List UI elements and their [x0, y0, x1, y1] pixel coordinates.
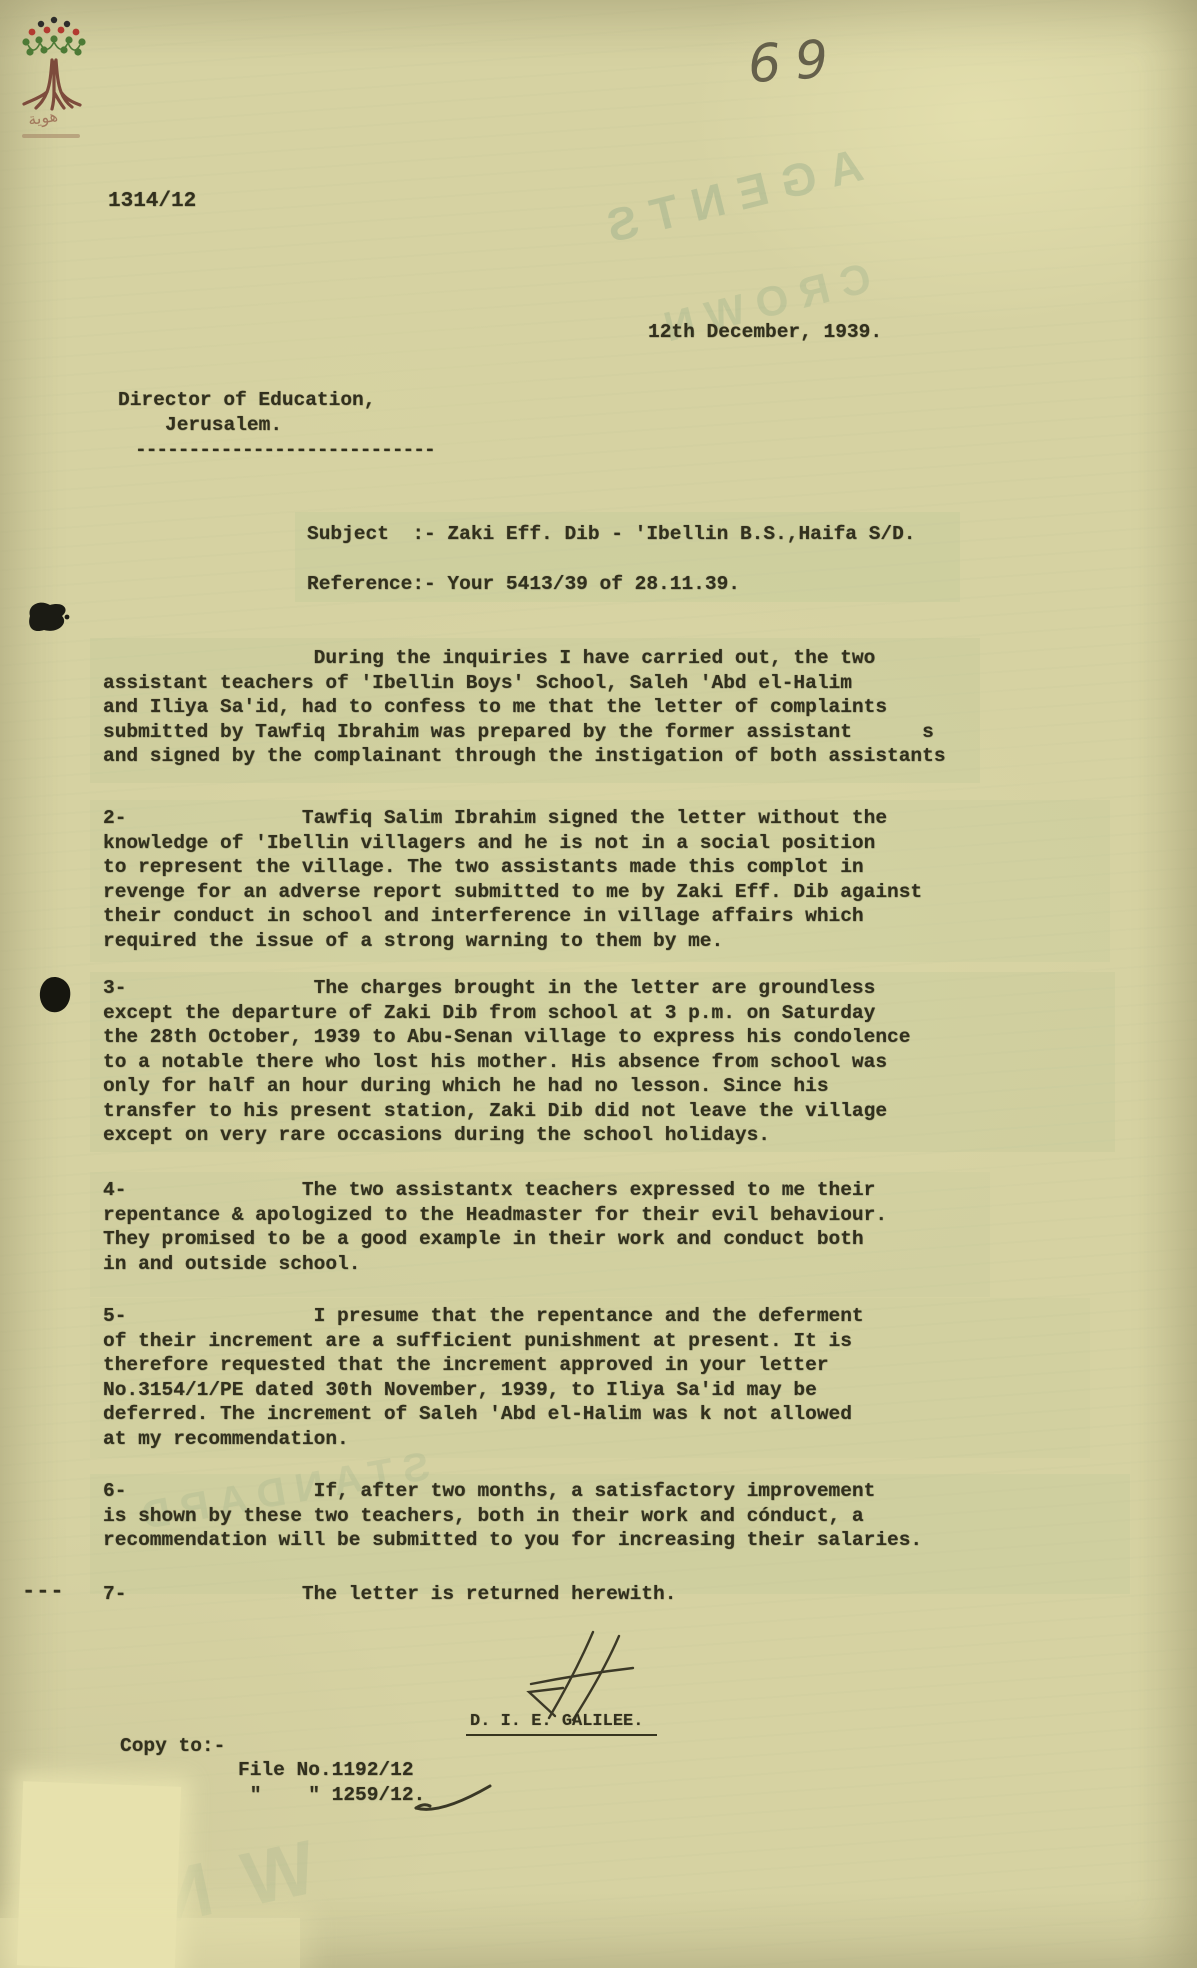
signature-name: D. I. E. GALILEE. — [466, 1712, 657, 1736]
pencil-page-number: 69 — [746, 29, 844, 95]
margin-dashes: --- — [22, 1580, 65, 1605]
subject-line: Subject :- Zaki Eff. Dib - 'Ibellin B.S.… — [307, 522, 916, 547]
tree-logo-icon — [14, 12, 94, 112]
canopy-dots — [22, 17, 85, 56]
checkmark-stroke — [412, 1778, 497, 1821]
logo-arabic-word: هوية — [27, 106, 59, 129]
ink-blob-bottom — [34, 972, 74, 1021]
paragraph-6: 6- If, after two months, a satisfactory … — [103, 1479, 922, 1553]
addressee-line2: Jerusalem. — [165, 413, 282, 438]
addressee-line1: Director of Education, — [118, 388, 375, 413]
archive-logo: هوية — [14, 12, 104, 142]
paragraph-2: 2- Tawfiq Salim Ibrahim signed the lette… — [103, 806, 922, 953]
paragraph-3: 3- The charges brought in the letter are… — [103, 976, 910, 1148]
letter-date: 12th December, 1939. — [648, 320, 882, 345]
logo-caption-bar — [22, 134, 80, 138]
reference-line: Reference:- Your 5413/39 of 28.11.39. — [307, 572, 740, 597]
file-number: 1314/12 — [108, 190, 196, 215]
copy-to-files: File No.1192/12 " " 1259/12. — [238, 1758, 425, 1807]
paragraph-5: 5- I presume that the repentance and the… — [103, 1304, 864, 1451]
ghost-stamp-agents: AGENTS — [588, 137, 869, 256]
paragraph-4: 4- The two assistantx teachers expressed… — [103, 1178, 887, 1276]
copy-to-label: Copy to:- — [120, 1734, 225, 1759]
addressee-rule: ---------------------------- — [135, 438, 435, 463]
paper-patch-strip — [0, 1918, 300, 1968]
paragraph-7: 7- The letter is returned herewith. — [103, 1582, 676, 1607]
paragraph-1: During the inquiries I have carried out,… — [103, 646, 946, 769]
scanned-letter-page: AGENTS CROWN STANDARD W N — [0, 0, 1197, 1968]
ink-blob-top — [24, 596, 72, 643]
